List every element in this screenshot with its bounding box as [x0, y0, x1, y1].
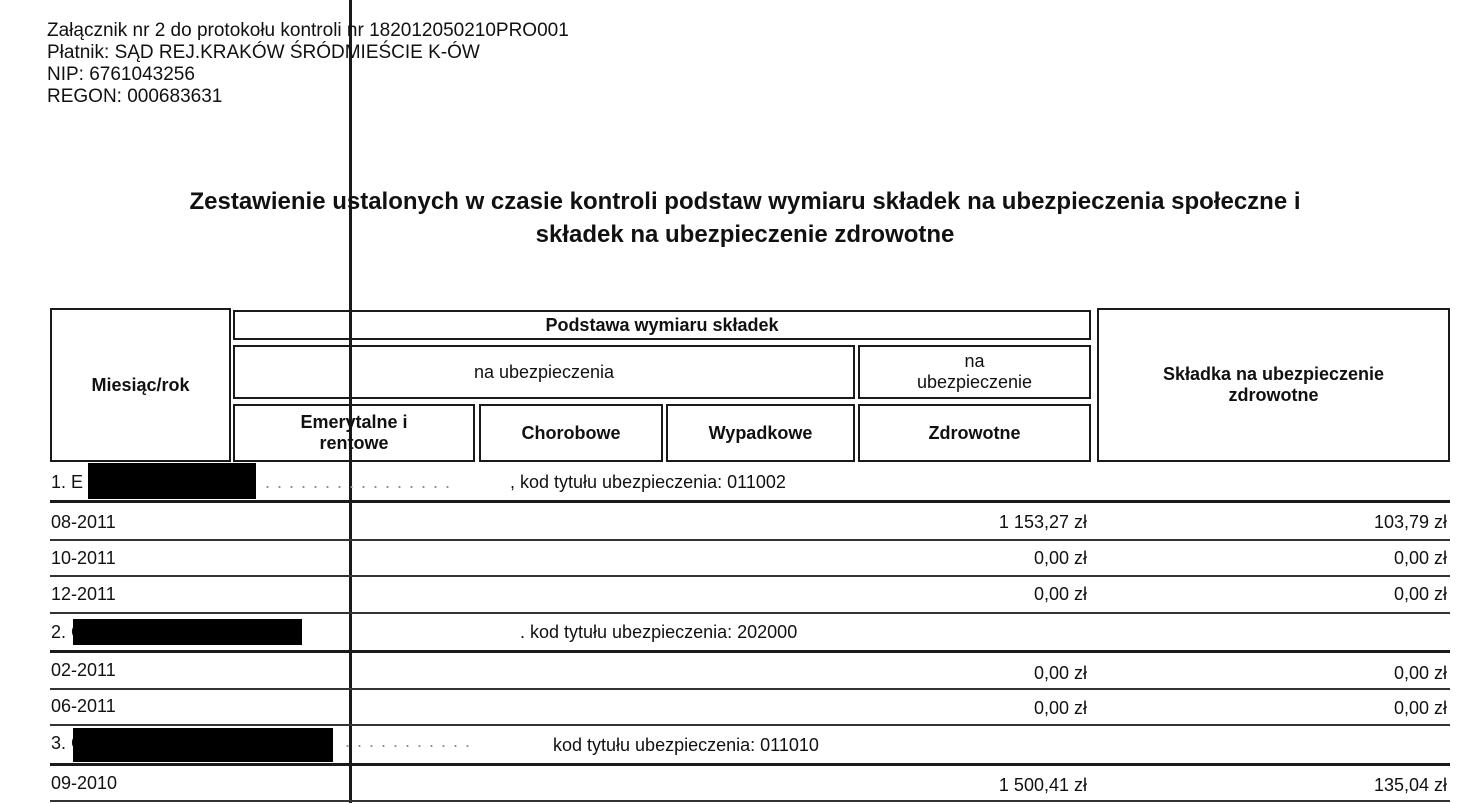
header-health-group: na ubezpieczenie	[858, 345, 1091, 399]
row-contribution: 103,79 zł	[1374, 512, 1447, 533]
row-health-basis: 0,00 zł	[1034, 548, 1087, 569]
header-sickness-label: Chorobowe	[522, 423, 621, 444]
header-health-group-bottom: ubezpieczenie	[917, 372, 1032, 393]
divider	[50, 612, 1450, 614]
header-accident: Wypadkowe	[666, 404, 855, 462]
group-3-kod: kod tytułu ubezpieczenia: 011010	[553, 735, 819, 756]
row-month: 12-2011	[51, 584, 116, 605]
title-line-1: Zestawienie ustalonych w czasie kontroli…	[60, 185, 1430, 218]
divider	[50, 575, 1450, 577]
row-health-basis: 0,00 zł	[1034, 584, 1087, 605]
row-contribution: 0,00 zł	[1394, 584, 1447, 605]
header-month: Miesiąc/rok	[50, 308, 231, 462]
header-accident-label: Wypadkowe	[709, 423, 813, 444]
row-health-basis: 1 153,27 zł	[999, 512, 1087, 533]
row-month: 06-2011	[51, 696, 116, 717]
group-1-kod: , kod tytułu ubezpieczenia: 011002	[510, 472, 786, 493]
header-pension: Emerytalne i rentowe	[233, 404, 475, 462]
header-social-label: na ubezpieczenia	[474, 362, 614, 383]
header-health-group-top: na	[964, 351, 984, 372]
group-1-prefix: 1. E	[51, 472, 83, 492]
row-contribution: 0,00 zł	[1394, 698, 1447, 719]
divider	[50, 688, 1450, 690]
redaction-block	[88, 463, 256, 499]
title-line-2: składek na ubezpieczenie zdrowotne	[60, 218, 1430, 251]
group-1-label: 1. E	[51, 472, 83, 493]
header-basis-label: Podstawa wymiaru składek	[545, 315, 778, 336]
document-header: Załącznik nr 2 do protokołu kontroli nr …	[47, 20, 569, 108]
header-pension-line-2: rentowe	[319, 433, 388, 454]
attachment-reference: Załącznik nr 2 do protokołu kontroli nr …	[47, 20, 569, 42]
header-contribution: Składka na ubezpieczenie zdrowotne	[1097, 308, 1450, 462]
row-health-basis: 0,00 zł	[1034, 698, 1087, 719]
row-month: 08-2011	[51, 512, 116, 533]
divider	[50, 650, 1450, 653]
redacted-faded-text: . . . . . . . . . . .	[345, 731, 471, 752]
header-health: Zdrowotne	[858, 404, 1091, 462]
divider	[50, 539, 1450, 541]
row-month: 10-2011	[51, 548, 116, 569]
redacted-faded-text: . . . . . . . . . . . . . . . .	[265, 472, 451, 493]
row-month: 09-2010	[51, 773, 117, 794]
divider	[50, 800, 1450, 802]
divider	[50, 724, 1450, 726]
scan-artifact-line	[349, 0, 352, 803]
payer-name: Płatnik: SĄD REJ.KRAKÓW ŚRÓDMIEŚCIE K-ÓW	[47, 42, 569, 64]
header-month-label: Miesiąc/rok	[91, 375, 189, 396]
header-sickness: Chorobowe	[479, 404, 663, 462]
group-2-kod: . kod tytułu ubezpieczenia: 202000	[520, 622, 797, 643]
row-contribution: 135,04 zł	[1374, 775, 1447, 796]
row-health-basis: 0,00 zł	[1034, 663, 1087, 684]
redaction-block	[73, 728, 333, 762]
row-contribution: 0,00 zł	[1394, 663, 1447, 684]
row-month: 02-2011	[51, 660, 116, 681]
header-health-label: Zdrowotne	[929, 423, 1021, 444]
divider	[50, 763, 1450, 766]
row-contribution: 0,00 zł	[1394, 548, 1447, 569]
header-pension-line-1: Emerytalne i	[300, 412, 407, 433]
header-basis: Podstawa wymiaru składek	[233, 310, 1091, 340]
document-title: Zestawienie ustalonych w czasie kontroli…	[60, 185, 1430, 251]
header-contribution-line-2: zdrowotne	[1229, 385, 1319, 406]
header-contribution-line-1: Składka na ubezpieczenie	[1163, 364, 1384, 385]
divider	[50, 500, 1450, 503]
regon-number: REGON: 000683631	[47, 86, 569, 108]
header-social: na ubezpieczenia	[233, 345, 855, 399]
nip-number: NIP: 6761043256	[47, 64, 569, 86]
row-health-basis: 1 500,41 zł	[999, 775, 1087, 796]
redaction-block	[73, 619, 302, 645]
